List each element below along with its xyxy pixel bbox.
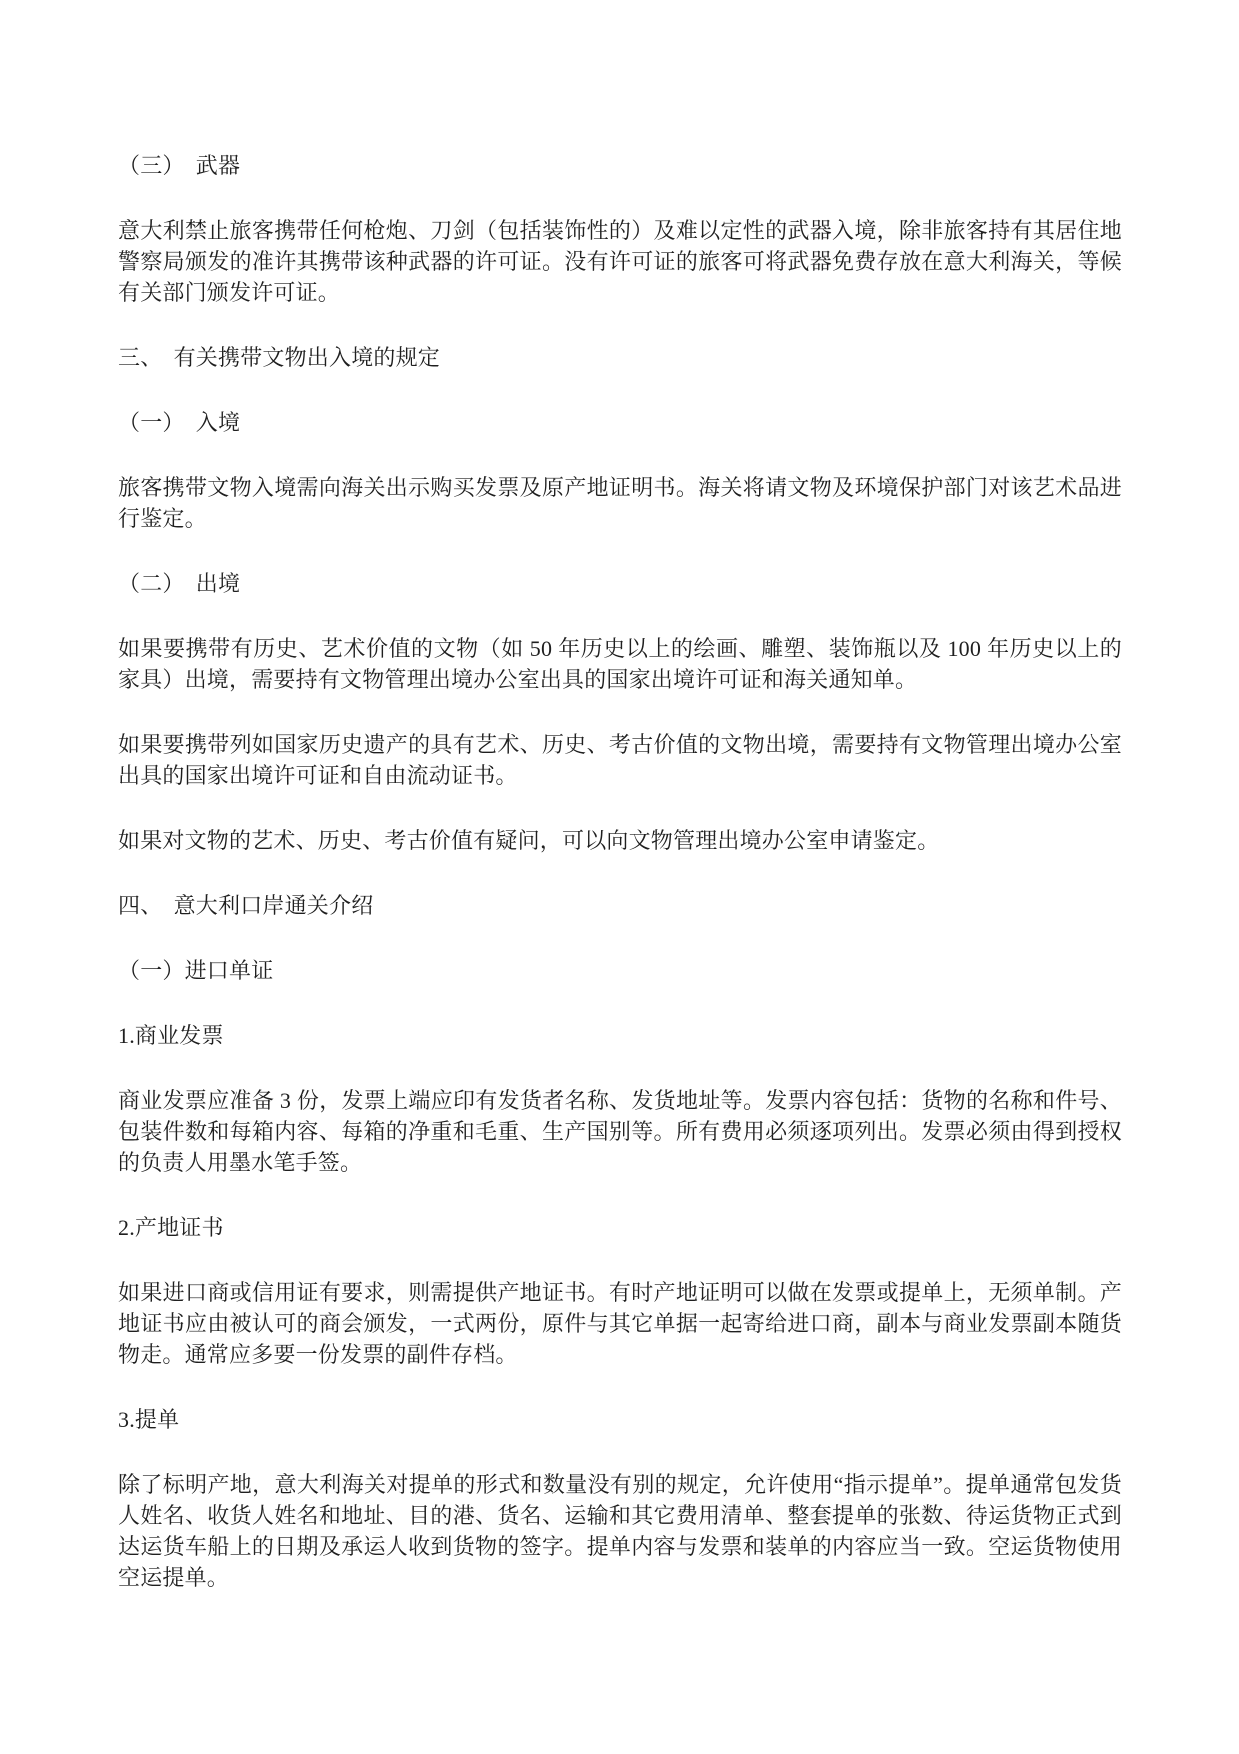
- section-heading-cultural-relics: 三、 有关携带文物出入境的规定: [118, 342, 1122, 373]
- paragraph-weapons-rule: 意大利禁止旅客携带任何枪炮、刀剑（包括装饰性的）及难以定性的武器入境，除非旅客持…: [118, 215, 1122, 308]
- subsection-heading-import-docs: （一）进口单证: [118, 955, 1122, 986]
- paragraph-certificate-of-origin: 如果进口商或信用证有要求，则需提供产地证书。有时产地证明可以做在发票或提单上，无…: [118, 1277, 1122, 1370]
- paragraph-exit-rule-3: 如果对文物的艺术、历史、考古价值有疑问，可以向文物管理出境办公室申请鉴定。: [118, 825, 1122, 856]
- item-heading-certificate-of-origin: 2.产地证书: [118, 1212, 1122, 1243]
- section-heading-customs-clearance: 四、 意大利口岸通关介绍: [118, 890, 1122, 921]
- paragraph-bill-of-lading: 除了标明产地，意大利海关对提单的形式和数量没有别的规定，允许使用“指示提单”。提…: [118, 1469, 1122, 1593]
- subsection-heading-entry: （一） 入境: [118, 407, 1122, 438]
- item-heading-bill-of-lading: 3.提单: [118, 1404, 1122, 1435]
- paragraph-entry-rule: 旅客携带文物入境需向海关出示购买发票及原产地证明书。海关将请文物及环境保护部门对…: [118, 472, 1122, 534]
- section-heading-weapons: （三） 武器: [118, 150, 1122, 181]
- subsection-heading-exit: （二） 出境: [118, 568, 1122, 599]
- paragraph-commercial-invoice: 商业发票应准备 3 份，发票上端应印有发货者名称、发货地址等。发票内容包括：货物…: [118, 1085, 1122, 1178]
- paragraph-exit-rule-1: 如果要携带有历史、艺术价值的文物（如 50 年历史以上的绘画、雕塑、装饰瓶以及 …: [118, 633, 1122, 695]
- document-page: （三） 武器 意大利禁止旅客携带任何枪炮、刀剑（包括装饰性的）及难以定性的武器入…: [118, 150, 1122, 1593]
- item-heading-commercial-invoice: 1.商业发票: [118, 1020, 1122, 1051]
- paragraph-exit-rule-2: 如果要携带列如国家历史遗产的具有艺术、历史、考古价值的文物出境，需要持有文物管理…: [118, 729, 1122, 791]
